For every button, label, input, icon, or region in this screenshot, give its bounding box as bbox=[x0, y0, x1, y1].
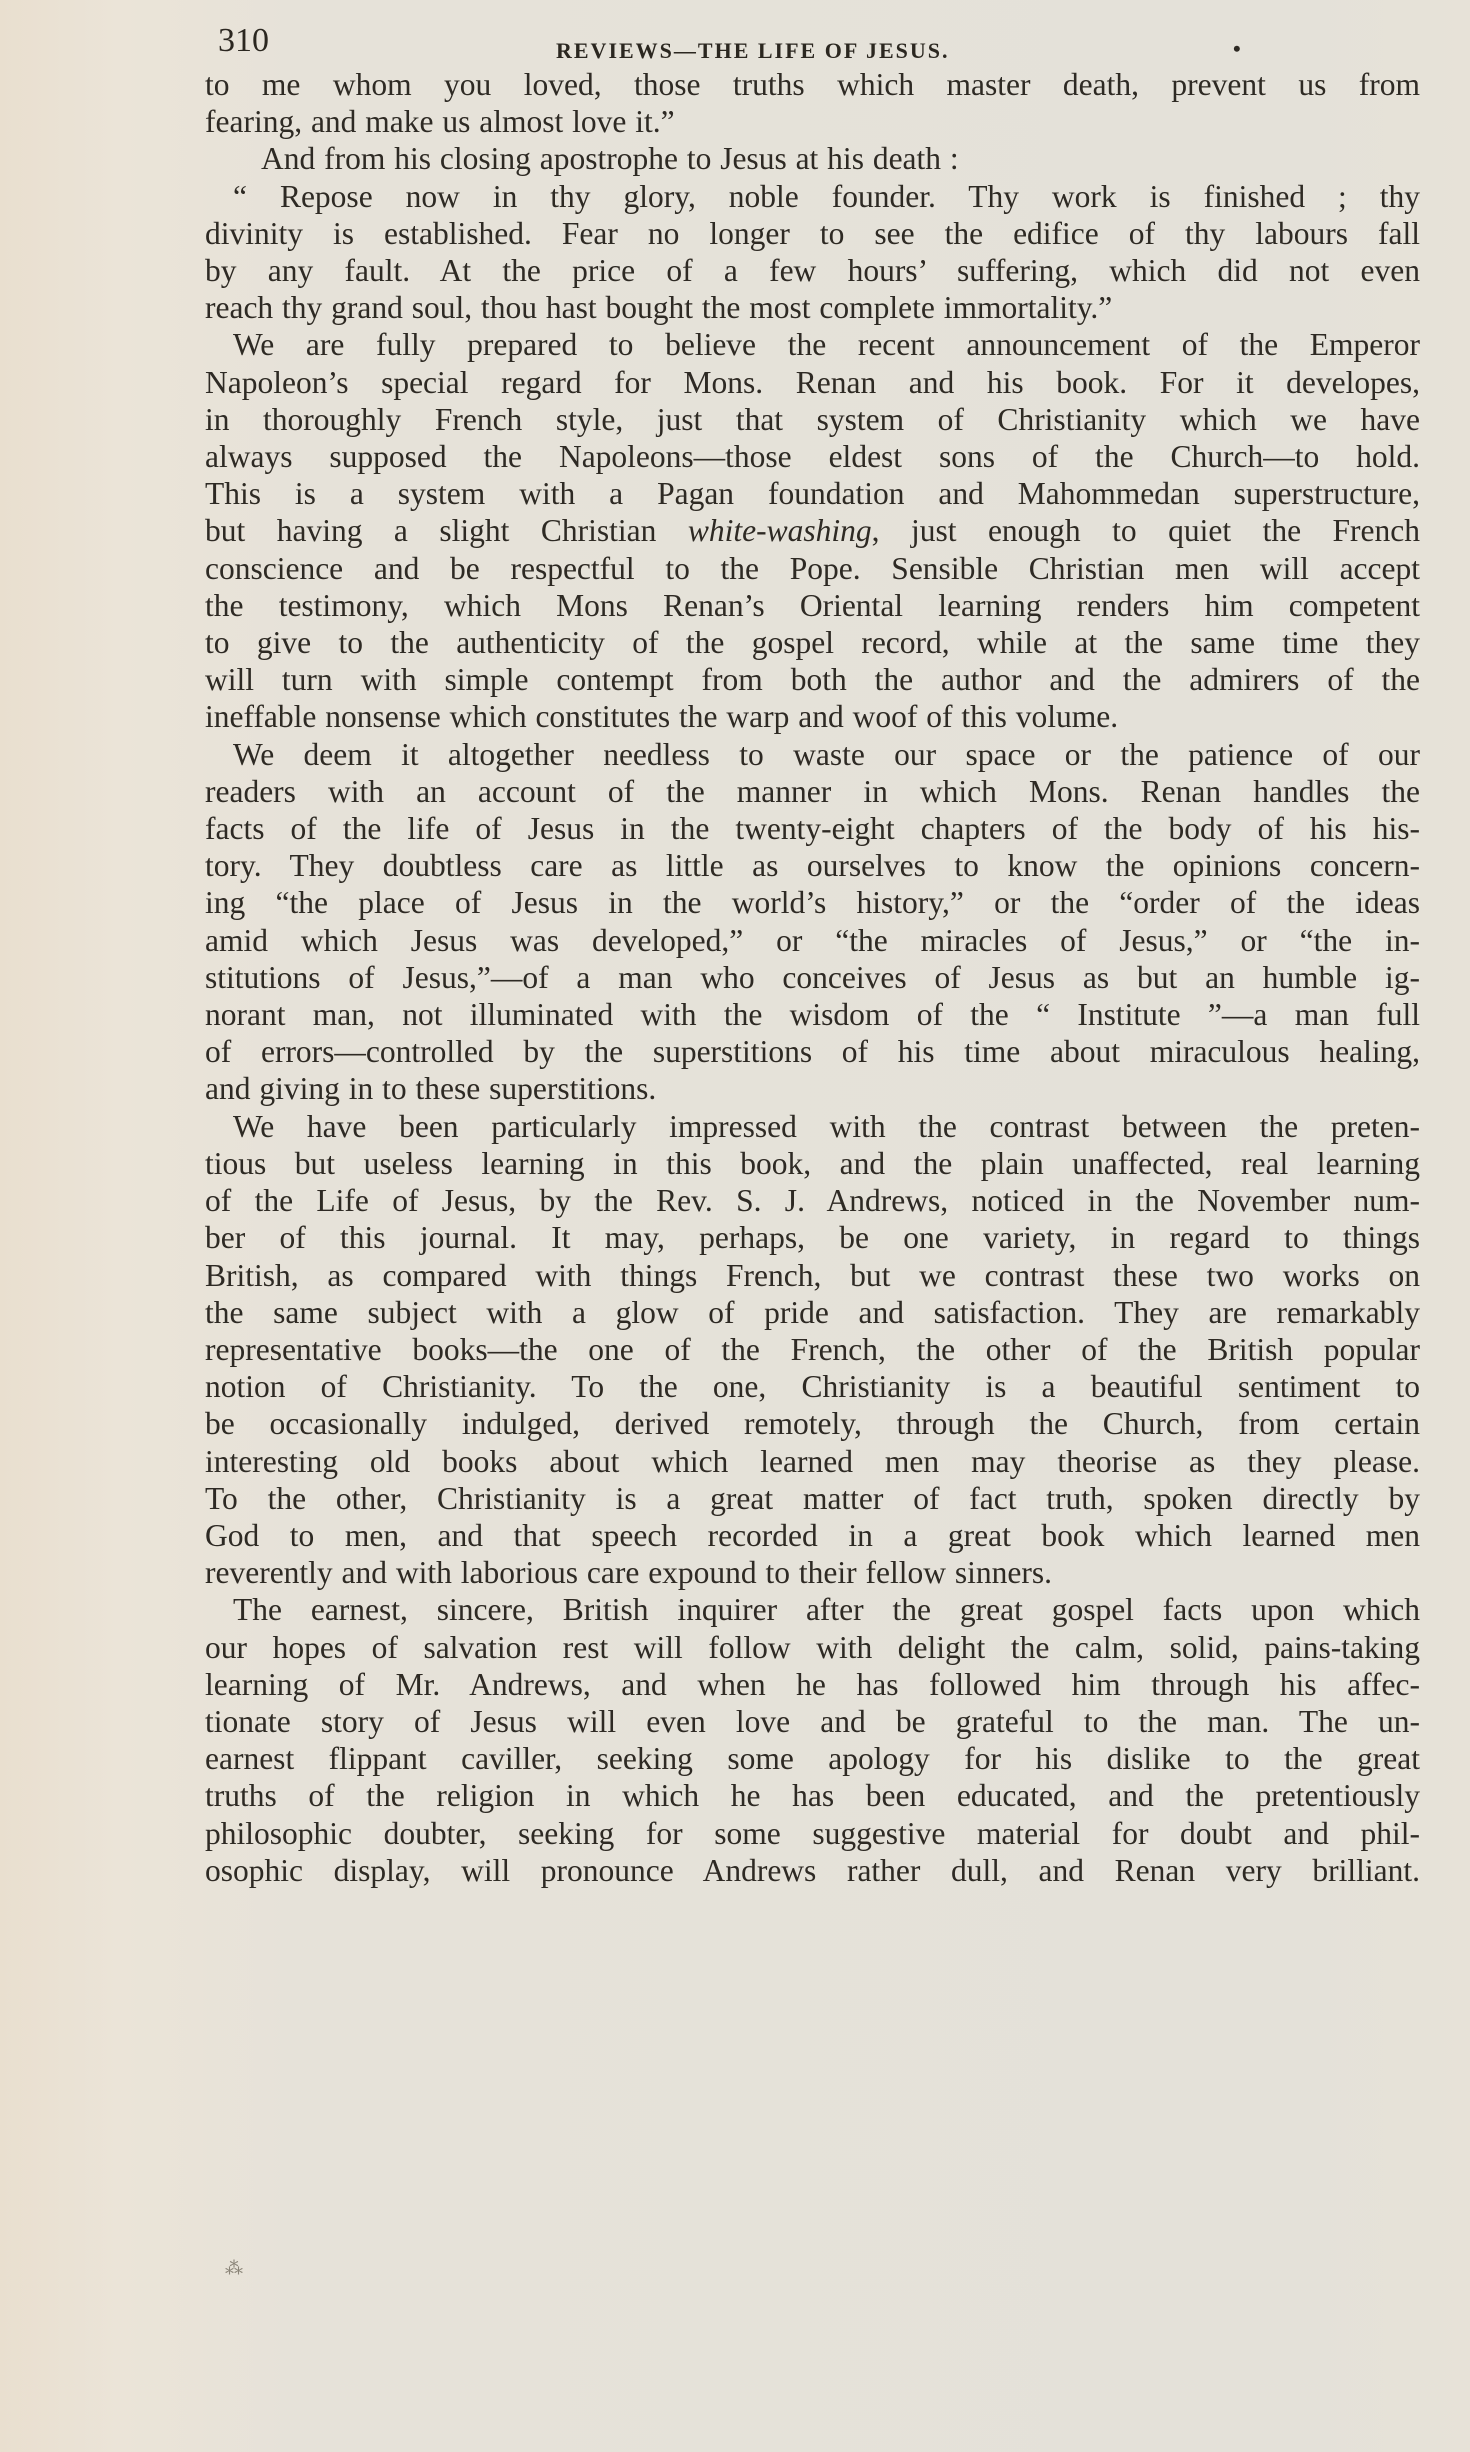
running-head: 310 REVIEWS—THE LIFE OF JESUS. • bbox=[218, 22, 1418, 66]
text-line: osophic display, will pronounce Andrews … bbox=[205, 1852, 1420, 1889]
text-line: to give to the authenticity of the gospe… bbox=[205, 624, 1420, 661]
text-line: reverently and with laborious care expou… bbox=[205, 1554, 1420, 1591]
text-line: by any fault. At the price of a few hour… bbox=[205, 252, 1420, 289]
italic-phrase: white-washing bbox=[688, 513, 872, 548]
paragraph: And from his closing apostrophe to Jesus… bbox=[205, 140, 1420, 177]
text-line: The earnest, sincere, British inquirer a… bbox=[205, 1591, 1420, 1628]
text-line: philosophic doubter, seeking for some su… bbox=[205, 1815, 1420, 1852]
text-line: conscience and be respectful to the Pope… bbox=[205, 550, 1420, 587]
text-line: tory. They doubtless care as little as o… bbox=[205, 847, 1420, 884]
text-line: Napoleon’s special regard for Mons. Rena… bbox=[205, 364, 1420, 401]
text-line: earnest flippant caviller, seeking some … bbox=[205, 1740, 1420, 1777]
text-line: of errors—controlled by the superstition… bbox=[205, 1033, 1420, 1070]
text-line: ing “the place of Jesus in the world’s h… bbox=[205, 884, 1420, 921]
text-line: This is a system with a Pagan foundation… bbox=[205, 475, 1420, 512]
text-line: And from his closing apostrophe to Jesus… bbox=[205, 140, 1420, 177]
ornament-dot: • bbox=[1233, 36, 1241, 62]
text-line: our hopes of salvation rest will follow … bbox=[205, 1629, 1420, 1666]
text-line: interesting old books about which learne… bbox=[205, 1443, 1420, 1480]
text-line: will turn with simple contempt from both… bbox=[205, 661, 1420, 698]
running-head-title: REVIEWS—THE LIFE OF JESUS. bbox=[556, 38, 950, 64]
paragraph: We are fully prepared to believe the rec… bbox=[205, 326, 1420, 735]
text-line: ineffable nonsense which constitutes the… bbox=[205, 698, 1420, 735]
text-line: readers with an account of the manner in… bbox=[205, 773, 1420, 810]
text-line: God to men, and that speech recorded in … bbox=[205, 1517, 1420, 1554]
body-text: to me whom you loved, those truths which… bbox=[205, 66, 1420, 1889]
text-line: tionate story of Jesus will even love an… bbox=[205, 1703, 1420, 1740]
text-line: tious but useless learning in this book,… bbox=[205, 1145, 1420, 1182]
text-line: We deem it altogether needless to waste … bbox=[205, 736, 1420, 773]
text-line: “ Repose now in thy glory, noble founder… bbox=[205, 178, 1420, 215]
scanned-page: 310 REVIEWS—THE LIFE OF JESUS. • to me w… bbox=[0, 0, 1470, 2452]
text-line: British, as compared with things French,… bbox=[205, 1257, 1420, 1294]
text-line: the same subject with a glow of pride an… bbox=[205, 1294, 1420, 1331]
page-number: 310 bbox=[218, 22, 269, 60]
text-line-with-italic: but having a slight Christian white-wash… bbox=[205, 512, 1420, 549]
text-line: fearing, and make us almost love it.” bbox=[205, 103, 1420, 140]
text-line: the testimony, which Mons Renan’s Orient… bbox=[205, 587, 1420, 624]
text-line: To the other, Christianity is a great ma… bbox=[205, 1480, 1420, 1517]
quotation-paragraph: “ Repose now in thy glory, noble founder… bbox=[205, 178, 1420, 327]
text-line: learning of Mr. Andrews, and when he has… bbox=[205, 1666, 1420, 1703]
text-line: representative books—the one of the Fren… bbox=[205, 1331, 1420, 1368]
text-line: reach thy grand soul, thou hast bought t… bbox=[205, 289, 1420, 326]
paragraph: The earnest, sincere, British inquirer a… bbox=[205, 1591, 1420, 1889]
text-line: notion of Christianity. To the one, Chri… bbox=[205, 1368, 1420, 1405]
ink-smudge-mark: ⁂ bbox=[225, 2258, 255, 2272]
text-line: ber of this journal. It may, perhaps, be… bbox=[205, 1219, 1420, 1256]
paragraph: to me whom you loved, those truths which… bbox=[205, 66, 1420, 140]
text-line: We are fully prepared to believe the rec… bbox=[205, 326, 1420, 363]
text-line: and giving in to these superstitions. bbox=[205, 1070, 1420, 1107]
text-line: of the Life of Jesus, by the Rev. S. J. … bbox=[205, 1182, 1420, 1219]
paragraph: We have been particularly impressed with… bbox=[205, 1108, 1420, 1592]
text-line: truths of the religion in which he has b… bbox=[205, 1777, 1420, 1814]
text-line: to me whom you loved, those truths which… bbox=[205, 66, 1420, 103]
text-line: stitutions of Jesus,”—of a man who conce… bbox=[205, 959, 1420, 996]
text-line: always supposed the Napoleons—those elde… bbox=[205, 438, 1420, 475]
text-line: norant man, not illuminated with the wis… bbox=[205, 996, 1420, 1033]
paragraph: We deem it altogether needless to waste … bbox=[205, 736, 1420, 1108]
text-line: in thoroughly French style, just that sy… bbox=[205, 401, 1420, 438]
text-line: amid which Jesus was developed,” or “the… bbox=[205, 922, 1420, 959]
text-line: We have been particularly impressed with… bbox=[205, 1108, 1420, 1145]
text-line: be occasionally indulged, derived remote… bbox=[205, 1405, 1420, 1442]
text-line: facts of the life of Jesus in the twenty… bbox=[205, 810, 1420, 847]
text-line: divinity is established. Fear no longer … bbox=[205, 215, 1420, 252]
